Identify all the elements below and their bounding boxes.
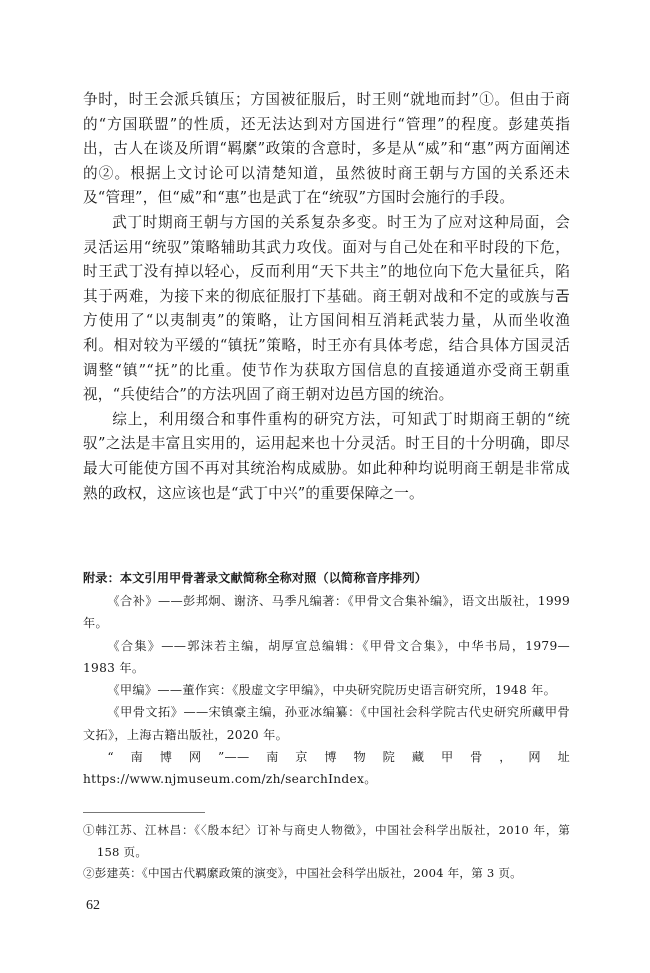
footnote-divider [83,812,205,813]
page-number: 62 [86,898,100,914]
appendix-title: 附录：本文引用甲骨著录文献简称全称对照（以简称音序排列） [83,568,570,588]
reference-heji: 《合集》——郭沫若主编，胡厚宣总编辑：《甲骨文合集》，中华书局，1979—198… [83,635,570,680]
footnote-2: ②彭建英：《中国古代羁縻政策的演变》，中国社会科学出版社，2004 年，第 3 … [83,863,570,885]
main-text: 争时，时王会派兵镇压；方国被征服后，时王则“就地而封”①。但由于商的“方国联盟”… [83,88,570,506]
reference-heibu: 《合补》——彭邦炯、谢济、马季凡编著：《甲骨文合集补编》，语文出版社，1999 … [83,590,570,635]
reference-nanbowang: “南博网”——南京博物院藏甲骨，网址 https://www.njmuseum.… [83,746,570,791]
paragraph-1: 争时，时王会派兵镇压；方国被征服后，时王则“就地而封”①。但由于商的“方国联盟”… [83,88,570,211]
paragraph-2: 武丁时期商王朝与方国的关系复杂多变。时王为了应对这种局面，会灵活运用“统驭”策略… [83,211,570,408]
paragraph-3: 综上，利用缀合和事件重构的研究方法，可知武丁时期商王朝的“统驭”之法是丰富且实用… [83,408,570,506]
footnotes: ①韩江苏、江林昌：《〈殷本纪〉订补与商史人物徵》，中国社会科学出版社，2010 … [83,820,570,885]
reference-jiaguwenta: 《甲骨文拓》——宋镇豪主编，孙亚冰编纂：《中国社会科学院古代史研究所藏甲骨文拓》… [83,701,570,746]
reference-jiabian: 《甲编》——董作宾：《殷虚文字甲编》，中央研究院历史语言研究所，1948 年。 [83,679,570,701]
appendix: 附录：本文引用甲骨著录文献简称全称对照（以简称音序排列） 《合补》——彭邦炯、谢… [83,568,570,791]
footnote-1: ①韩江苏、江林昌：《〈殷本纪〉订补与商史人物徵》，中国社会科学出版社，2010 … [83,820,570,863]
